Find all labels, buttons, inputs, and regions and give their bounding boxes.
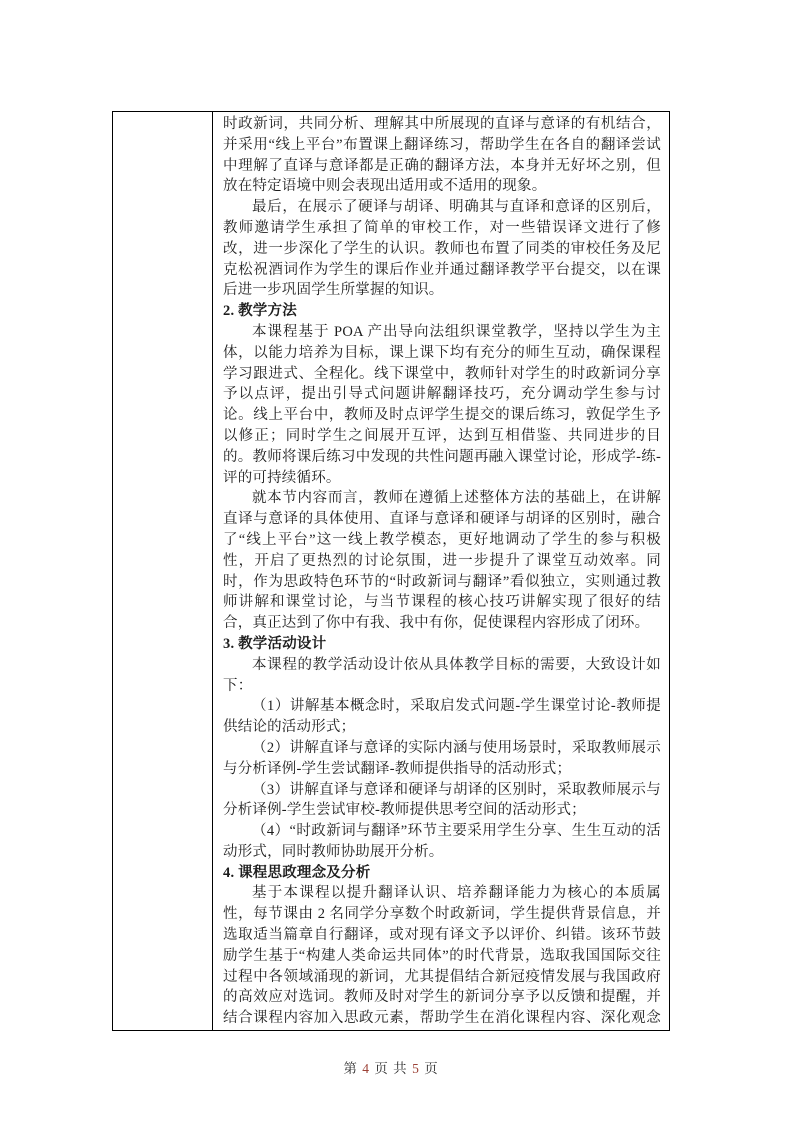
footer-middle: 页 共 <box>370 1061 412 1076</box>
page-number-total: 5 <box>412 1061 420 1076</box>
list-item-2: （2）讲解直译与意译的实际内涵与使用场景时，采取教师展示与分析译例-学生尝试翻译… <box>223 738 661 780</box>
paragraph: 本课程的教学活动设计依从具体教学目标的需要，大致设计如下： <box>223 655 661 697</box>
paragraph: 本课程基于 POA 产出导向法组织课堂教学，坚持以学生为主体，以能力培养为目标，… <box>223 322 661 488</box>
document-page: { "doc": { "content": [ { "style": "cont… <box>0 0 790 1138</box>
section-heading-teaching-method: 2. 教学方法 <box>223 301 661 322</box>
paragraph: 最后，在展示了硬译与胡译、明确其与直译和意译的区别后，教师邀请学生承担了简单的审… <box>223 197 661 301</box>
page-number-current: 4 <box>362 1061 370 1076</box>
table-body-cell: 时政新词，共同分析、理解其中所展现的直译与意译的有机结合，并采用“线上平台”布置… <box>213 112 669 1030</box>
paragraph-continuation: 时政新词，共同分析、理解其中所展现的直译与意译的有机结合，并采用“线上平台”布置… <box>223 114 661 197</box>
list-item-3: （3）讲解直译与意译和硬译与胡译的区别时，采取教师展示与分析译例-学生尝试审校-… <box>223 780 661 822</box>
list-item-1: （1）讲解基本概念时，采取启发式问题-学生课堂讨论-教师提供结论的活动形式； <box>223 696 661 738</box>
section-heading-activity-design: 3. 教学活动设计 <box>223 634 661 655</box>
list-item-4: （4）“时政新词与翻译”环节主要采用学生分享、生生互动的活动形式，同时教师协助展… <box>223 821 661 863</box>
section-heading-ideology: 4. 课程思政理念及分析 <box>223 863 661 884</box>
footer-suffix: 页 <box>420 1061 439 1076</box>
page-footer: 第 4 页 共 5 页 <box>112 1059 670 1079</box>
footer-prefix: 第 <box>343 1061 362 1076</box>
paragraph: 就本节内容而言，教师在遵循上述整体方法的基础上，在讲解直译与意译的具体使用、直译… <box>223 488 661 634</box>
document-table: 时政新词，共同分析、理解其中所展现的直译与意译的有机结合，并采用“线上平台”布置… <box>112 111 670 1031</box>
paragraph: 基于本课程以提升翻译认识、培养翻译能力为核心的本质属性，每节课由 2 名同学分享… <box>223 883 661 1030</box>
table-left-cell <box>113 112 213 1030</box>
